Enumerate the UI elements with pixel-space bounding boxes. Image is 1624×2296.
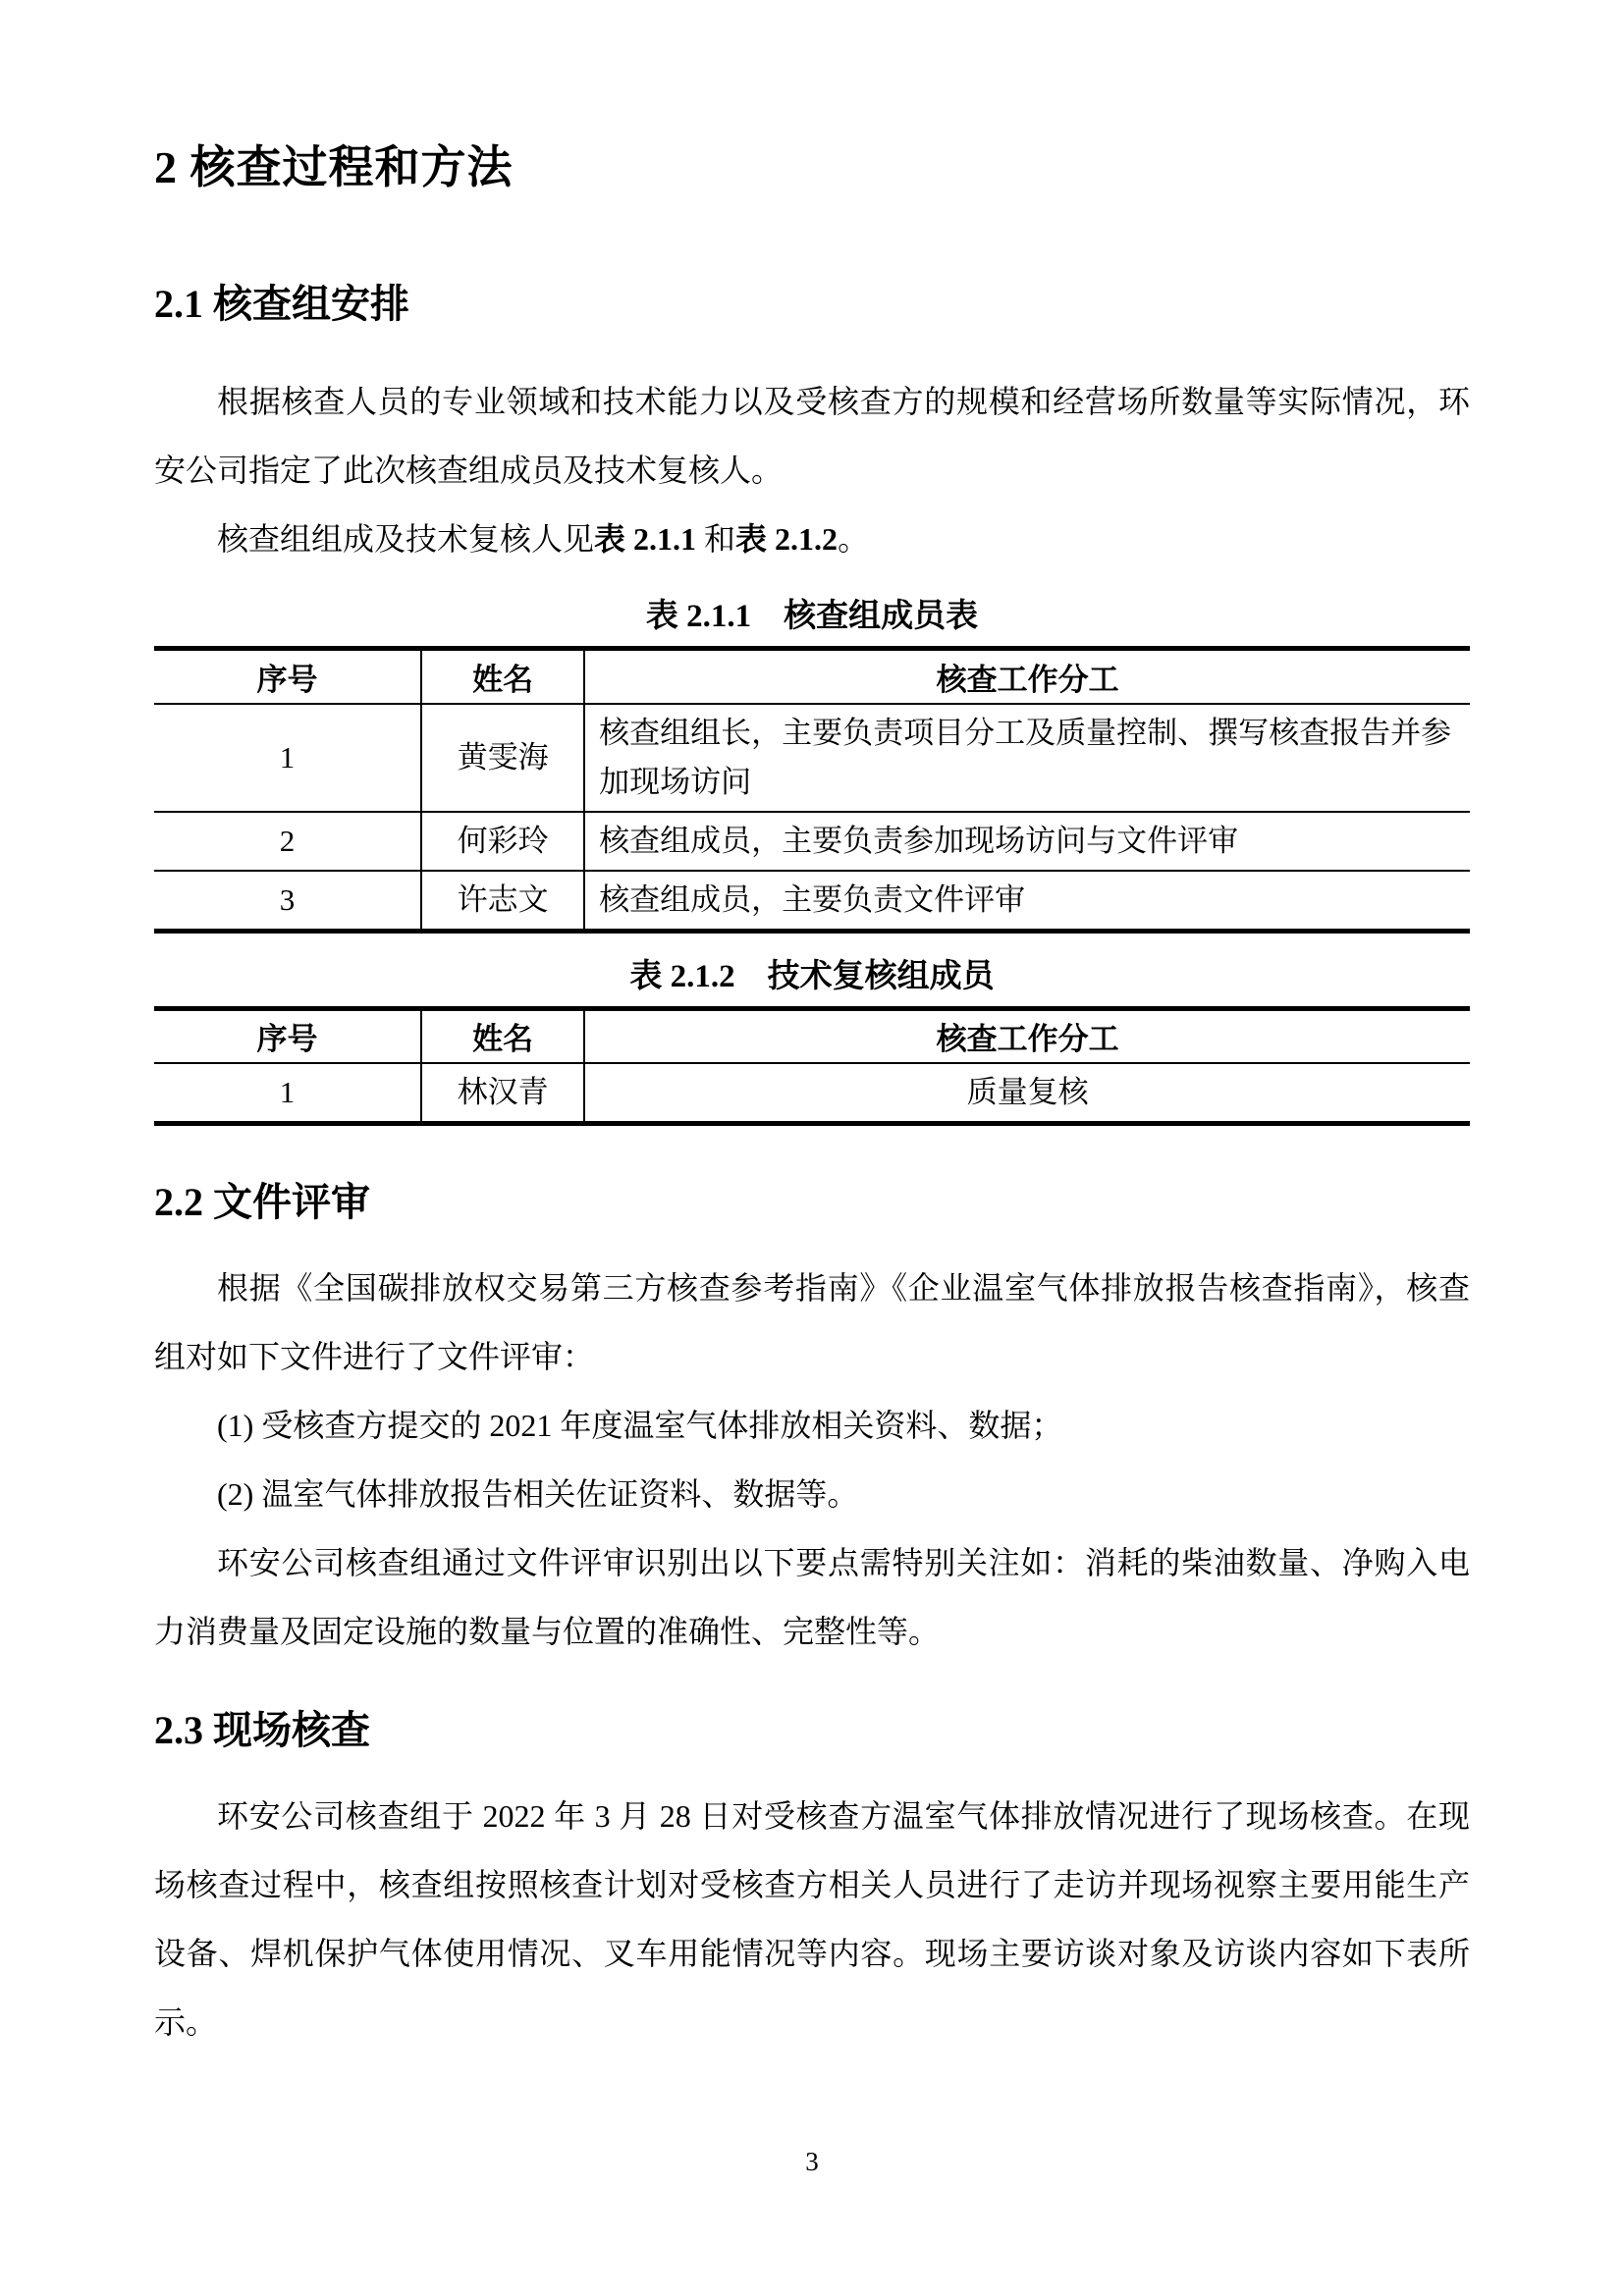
table-ref-prefix: 核查组组成及技术复核人见 [217, 521, 594, 557]
col-header-duty: 核查工作分工 [584, 1008, 1470, 1063]
section-2-1-heading: 2.1 核查组安排 [154, 279, 1470, 330]
section-2-2-list-item-2: (2) 温室气体排放报告相关佐证资料、数据等。 [154, 1460, 1470, 1528]
section-2-2-paragraph-2: 环安公司核查组通过文件评审识别出以下要点需特别关注如：消耗的柴油数量、净购入电力… [154, 1528, 1470, 1666]
cell-duty: 核查组组长，主要负责项目分工及质量控制、撰写核查报告并参加现场访问 [584, 704, 1470, 812]
section-2-1-table-reference: 核查组组成及技术复核人见表 2.1.1 和表 2.1.2。 [154, 505, 1470, 573]
cell-name: 林汉青 [421, 1063, 584, 1124]
table-2-1-2-ref: 表 2.1.2 [735, 521, 838, 557]
cell-name: 何彩玲 [421, 812, 584, 871]
cell-name: 黄雯海 [421, 704, 584, 812]
table-row: 2 何彩玲 核查组成员，主要负责参加现场访问与文件评审 [154, 812, 1470, 871]
table-row: 1 林汉青 质量复核 [154, 1063, 1470, 1124]
table-header-row: 序号 姓名 核查工作分工 [154, 1008, 1470, 1063]
document-page: 2 核查过程和方法 2.1 核查组安排 根据核查人员的专业领域和技术能力以及受核… [0, 0, 1624, 2296]
table-row: 1 黄雯海 核查组组长，主要负责项目分工及质量控制、撰写核查报告并参加现场访问 [154, 704, 1470, 812]
technical-review-team-table: 序号 姓名 核查工作分工 1 林汉青 质量复核 [154, 1006, 1470, 1127]
cell-duty: 核查组成员，主要负责文件评审 [584, 871, 1470, 932]
chapter-heading: 2 核查过程和方法 [154, 139, 1470, 196]
section-2-3-paragraph: 环安公司核查组于 2022 年 3 月 28 日对受核查方温室气体排放情况进行了… [154, 1782, 1470, 2056]
cell-duty: 核查组成员，主要负责参加现场访问与文件评审 [584, 812, 1470, 871]
verification-team-table: 序号 姓名 核查工作分工 1 黄雯海 核查组组长，主要负责项目分工及质量控制、撰… [154, 646, 1470, 934]
section-2-3-heading: 2.3 现场核查 [154, 1705, 1470, 1756]
cell-no: 1 [154, 704, 421, 812]
cell-no: 3 [154, 871, 421, 932]
table-2-1-1-ref: 表 2.1.1 [594, 521, 696, 557]
col-header-no: 序号 [154, 1008, 421, 1063]
section-2-2-heading: 2.2 文件评审 [154, 1177, 1470, 1228]
col-header-duty: 核查工作分工 [584, 649, 1470, 704]
cell-no: 2 [154, 812, 421, 871]
cell-name: 许志文 [421, 871, 584, 932]
table-ref-mid: 和 [696, 521, 735, 557]
table-row: 3 许志文 核查组成员，主要负责文件评审 [154, 871, 1470, 932]
col-header-name: 姓名 [421, 649, 584, 704]
table-ref-suffix: 。 [838, 521, 869, 557]
cell-no: 1 [154, 1063, 421, 1124]
col-header-name: 姓名 [421, 1008, 584, 1063]
table-2-1-2-caption: 表 2.1.2 技术复核组成员 [154, 955, 1470, 998]
section-2-1-paragraph: 根据核查人员的专业领域和技术能力以及受核查方的规模和经营场所数量等实际情况，环安… [154, 367, 1470, 505]
table-header-row: 序号 姓名 核查工作分工 [154, 649, 1470, 704]
table-2-1-1-caption: 表 2.1.1 核查组成员表 [154, 595, 1470, 638]
section-2-2-paragraph: 根据《全国碳排放权交易第三方核查参考指南》《企业温室气体排放报告核查指南》，核查… [154, 1254, 1470, 1391]
col-header-no: 序号 [154, 649, 421, 704]
section-2-2-list-item-1: (1) 受核查方提交的 2021 年度温室气体排放相关资料、数据； [154, 1391, 1470, 1460]
cell-duty: 质量复核 [584, 1063, 1470, 1124]
page-number: 3 [0, 2146, 1624, 2177]
